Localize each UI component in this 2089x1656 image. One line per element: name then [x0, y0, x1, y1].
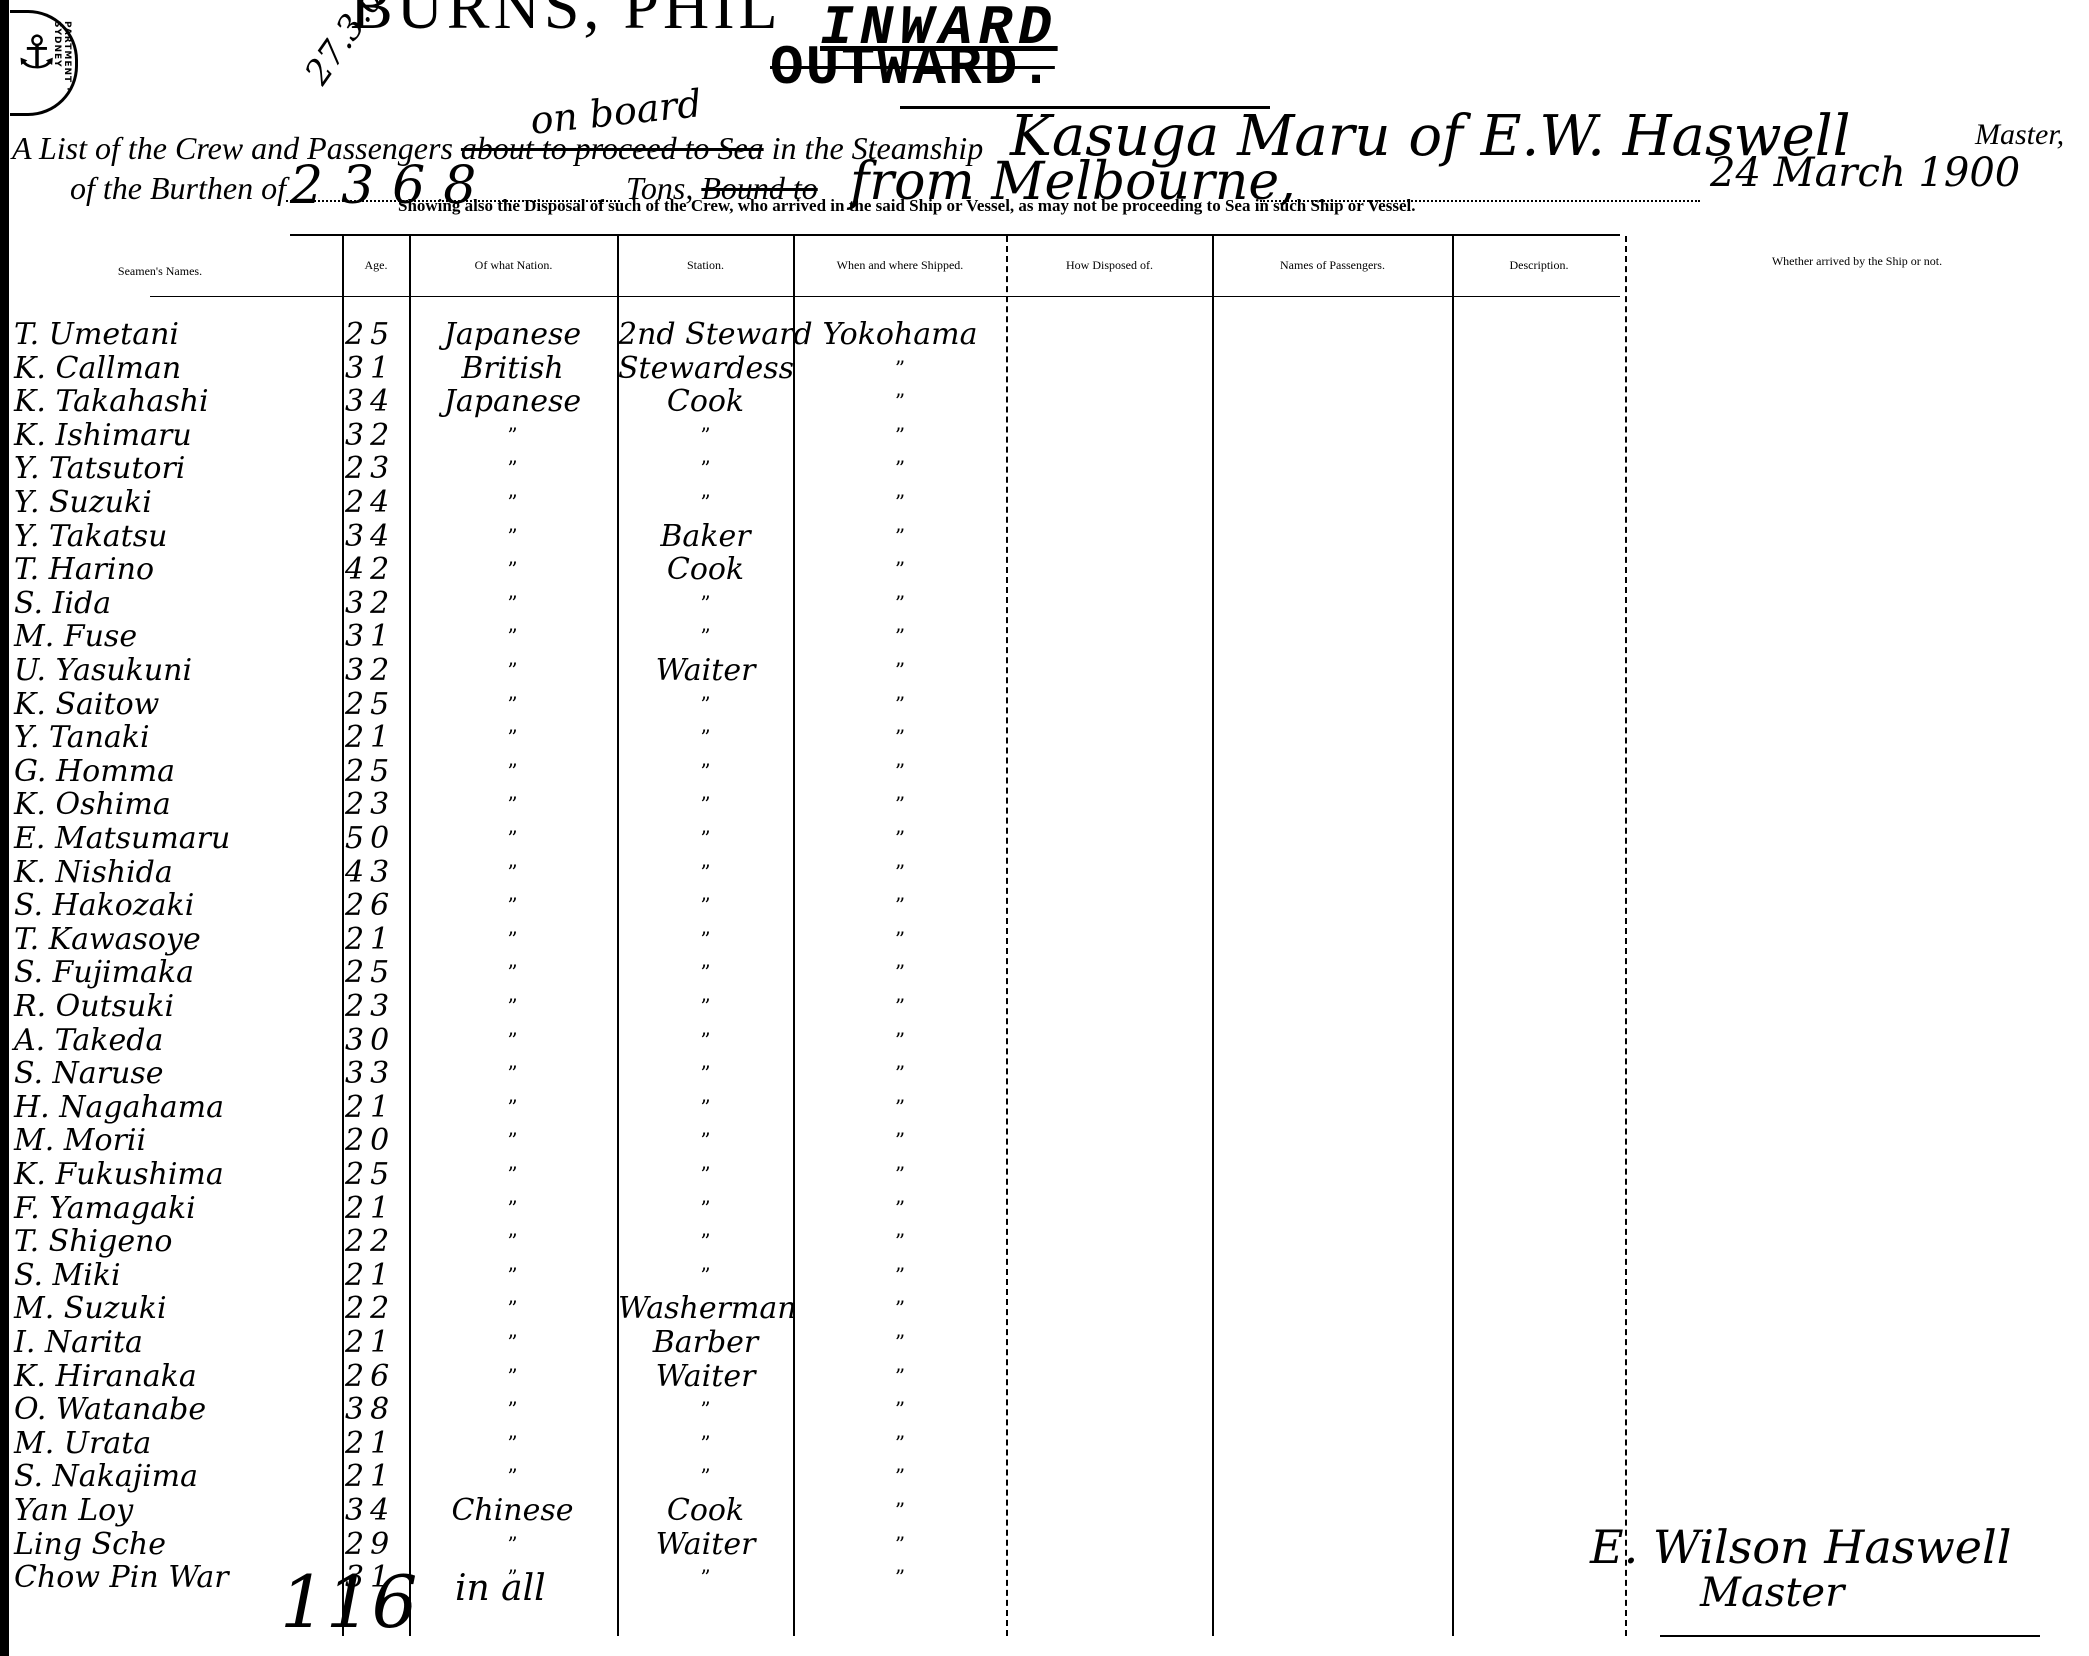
station-value: Waiter: [618, 1528, 793, 1561]
table-row: T. Shigeno22”””: [0, 1225, 2089, 1258]
table-top-rule: [290, 234, 1620, 236]
seaman-name: K. Takahashi: [14, 385, 209, 418]
nation-value: ”: [410, 889, 615, 922]
age-value: 32: [345, 654, 407, 687]
table-row: S. Naruse33”””: [0, 1057, 2089, 1090]
shipped-value: ”: [795, 1158, 1005, 1191]
shipped-value: ”: [795, 788, 1005, 821]
shipped-value: ”: [795, 889, 1005, 922]
cut-off-title: BURNS, PHIL: [350, 0, 782, 44]
seaman-name: T. Kawasoye: [14, 923, 201, 956]
total-count: 116: [280, 1560, 417, 1644]
age-value: 33: [345, 1057, 407, 1090]
shipped-value: ”: [795, 520, 1005, 553]
station-value: ”: [618, 620, 793, 653]
shipped-value: ”: [795, 1494, 1005, 1527]
station-value: ”: [618, 452, 793, 485]
age-value: 42: [345, 553, 407, 586]
age-value: 21: [345, 1326, 407, 1359]
age-value: 24: [345, 486, 407, 519]
age-value: 23: [345, 788, 407, 821]
nation-value: ”: [410, 1225, 615, 1258]
age-value: 25: [345, 688, 407, 721]
table-row: K. Oshima23”””: [0, 788, 2089, 821]
nation-value: ”: [410, 1292, 615, 1325]
col-header-age: Age.: [344, 258, 408, 273]
nation-value: ”: [410, 1460, 615, 1493]
seaman-name: S. Fujimaka: [14, 956, 194, 989]
shipped-value: ”: [795, 587, 1005, 620]
nation-value: ”: [410, 1192, 615, 1225]
table-row: U. Yasukuni32”Waiter”: [0, 654, 2089, 687]
table-row: R. Outsuki23”””: [0, 990, 2089, 1023]
nation-value: ”: [410, 1124, 615, 1157]
station-value: Cook: [618, 385, 793, 418]
nation-value: ”: [410, 419, 615, 452]
table-row: M. Fuse31”””: [0, 620, 2089, 653]
station-value: Washerman: [618, 1292, 793, 1325]
shipped-value: ”: [795, 956, 1005, 989]
station-value: ”: [618, 822, 793, 855]
stamp-text: PARTMENT · SYDNEY: [52, 21, 72, 113]
nation-value: ”: [410, 1326, 615, 1359]
station-value: Cook: [618, 553, 793, 586]
station-value: 2nd Steward: [618, 318, 793, 351]
shipped-value: ”: [795, 385, 1005, 418]
age-value: 22: [345, 1225, 407, 1258]
seaman-name: S. Hakozaki: [14, 889, 194, 922]
station-value: ”: [618, 788, 793, 821]
col-header-nation: Of what Nation.: [411, 258, 616, 273]
seaman-name: Y. Suzuki: [14, 486, 152, 519]
table-row: H. Nagahama21”””: [0, 1091, 2089, 1124]
station-value: ”: [618, 1561, 793, 1594]
seaman-name: K. Hiranaka: [14, 1360, 197, 1393]
station-value: ”: [618, 1393, 793, 1426]
age-value: 32: [345, 587, 407, 620]
shipped-value: ”: [795, 352, 1005, 385]
signature-rule: [1660, 1635, 2040, 1637]
shipped-value: ”: [795, 990, 1005, 1023]
table-row: A. Takeda30”””: [0, 1024, 2089, 1057]
nation-value: ”: [410, 1427, 615, 1460]
nation-value: Japanese: [410, 385, 615, 418]
seaman-name: K. Ishimaru: [14, 419, 192, 452]
shipped-value: ”: [795, 486, 1005, 519]
seaman-name: S. Nakajima: [14, 1460, 198, 1493]
shipped-value: ”: [795, 1225, 1005, 1258]
shipped-value: ”: [795, 688, 1005, 721]
table-row: K. Nishida43”””: [0, 856, 2089, 889]
signature-title: Master: [1700, 1570, 1844, 1616]
table-row: I. Narita21”Barber”: [0, 1326, 2089, 1359]
table-row: S. Fujimaka25”””: [0, 956, 2089, 989]
shipped-value: ”: [795, 1259, 1005, 1292]
master-label: Master,: [1975, 118, 2064, 152]
nation-value: ”: [410, 620, 615, 653]
station-value: Cook: [618, 1494, 793, 1527]
col-header-description: Description.: [1454, 258, 1624, 273]
seaman-name: S. Miki: [14, 1259, 121, 1292]
age-value: 34: [345, 1494, 407, 1527]
seaman-name: T. Harino: [14, 553, 154, 586]
nation-value: ”: [410, 520, 615, 553]
nation-value: ”: [410, 856, 615, 889]
station-value: ”: [618, 1427, 793, 1460]
nation-value: British: [410, 352, 615, 385]
shipped-value: ”: [795, 856, 1005, 889]
station-value: ”: [618, 1024, 793, 1057]
age-value: 21: [345, 923, 407, 956]
table-row: S. Iida32”””: [0, 587, 2089, 620]
seaman-name: O. Watanabe: [14, 1393, 206, 1426]
table-row: O. Watanabe38”””: [0, 1393, 2089, 1426]
station-value: ”: [618, 587, 793, 620]
shipped-value: ”: [795, 822, 1005, 855]
seaman-name: G. Homma: [14, 755, 175, 788]
list-date: 24 March 1900: [1710, 150, 2020, 196]
seaman-name: H. Nagahama: [14, 1091, 224, 1124]
station-value: Waiter: [618, 1360, 793, 1393]
table-row: M. Morii20”””: [0, 1124, 2089, 1157]
table-row: K. Hiranaka26”Waiter”: [0, 1360, 2089, 1393]
shipped-value: ”: [795, 1024, 1005, 1057]
shipped-value: ”: [795, 1292, 1005, 1325]
total-label: in all: [455, 1568, 546, 1609]
seaman-name: E. Matsumaru: [14, 822, 230, 855]
age-value: 26: [345, 889, 407, 922]
seaman-name: Chow Pin War: [14, 1561, 229, 1594]
station-value: ”: [618, 1091, 793, 1124]
nation-value: ”: [410, 688, 615, 721]
station-value: Baker: [618, 520, 793, 553]
shipped-value: ”: [795, 419, 1005, 452]
nation-value: ”: [410, 755, 615, 788]
seaman-name: T. Umetani: [14, 318, 179, 351]
station-value: Barber: [618, 1326, 793, 1359]
age-value: 31: [345, 352, 407, 385]
nation-value: ”: [410, 553, 615, 586]
shipped-value: ”: [795, 654, 1005, 687]
heading-struck-phrase: about to proceed to Sea: [461, 130, 764, 166]
age-value: 34: [345, 520, 407, 553]
seaman-name: S. Iida: [14, 587, 111, 620]
table-row: Y. Tanaki21”””: [0, 721, 2089, 754]
seaman-name: K. Fukushima: [14, 1158, 224, 1191]
shipped-value: ”: [795, 1561, 1005, 1594]
master-signature: E. Wilson Haswell: [1590, 1520, 2011, 1574]
nation-value: ”: [410, 587, 615, 620]
heading-line-1: A List of the Crew and Passengers about …: [12, 130, 983, 167]
age-value: 25: [345, 956, 407, 989]
seaman-name: A. Takeda: [14, 1024, 163, 1057]
col-header-shipped: When and where Shipped.: [795, 258, 1005, 273]
station-value: ”: [618, 486, 793, 519]
station-value: ”: [618, 721, 793, 754]
table-row: M. Urata21”””: [0, 1427, 2089, 1460]
direction-outward-struck: OUTWARD.: [770, 36, 1055, 100]
nation-value: Japanese: [410, 318, 615, 351]
age-value: 23: [345, 452, 407, 485]
table-row: T. Kawasoye21”””: [0, 923, 2089, 956]
station-value: ”: [618, 856, 793, 889]
nation-value: ”: [410, 486, 615, 519]
subheading: Showing also the Disposal of such of the…: [398, 196, 1415, 216]
nation-value: ”: [410, 788, 615, 821]
shipped-value: ”: [795, 1528, 1005, 1561]
shipped-value: ”: [795, 923, 1005, 956]
age-value: 23: [345, 990, 407, 1023]
station-value: Stewardess: [618, 352, 793, 385]
table-row: S. Miki21”””: [0, 1259, 2089, 1292]
age-value: 25: [345, 755, 407, 788]
seaman-name: M. Morii: [14, 1124, 146, 1157]
age-value: 21: [345, 721, 407, 754]
seaman-name: T. Shigeno: [14, 1225, 172, 1258]
seaman-name: Y. Takatsu: [14, 520, 167, 553]
table-row: K. Takahashi34JapaneseCook”: [0, 385, 2089, 418]
table-row: T. Harino42”Cook”: [0, 553, 2089, 586]
age-value: 43: [345, 856, 407, 889]
nation-value: ”: [410, 990, 615, 1023]
shipped-value: ”: [795, 1124, 1005, 1157]
age-value: 21: [345, 1427, 407, 1460]
table-row: K. Ishimaru32”””: [0, 419, 2089, 452]
station-value: Waiter: [618, 654, 793, 687]
station-value: ”: [618, 923, 793, 956]
age-value: 21: [345, 1259, 407, 1292]
age-value: 29: [345, 1528, 407, 1561]
shipped-value: ”: [795, 1393, 1005, 1426]
age-value: 31: [345, 620, 407, 653]
seaman-name: M. Fuse: [14, 620, 137, 653]
seaman-name: Y. Tanaki: [14, 721, 150, 754]
table-row: E. Matsumaru50”””: [0, 822, 2089, 855]
age-value: 20: [345, 1124, 407, 1157]
table-row: Y. Takatsu34”Baker”: [0, 520, 2089, 553]
nation-value: ”: [410, 1259, 615, 1292]
age-value: 34: [345, 385, 407, 418]
shipped-value: ”: [795, 755, 1005, 788]
col-header-names: Seamen's Names.: [40, 264, 280, 279]
col-header-passengers: Names of Passengers.: [1214, 258, 1451, 273]
station-value: ”: [618, 755, 793, 788]
nation-value: ”: [410, 1360, 615, 1393]
nation-value: Chinese: [410, 1494, 615, 1527]
age-value: 30: [345, 1024, 407, 1057]
seaman-name: Y. Tatsutori: [14, 452, 185, 485]
table-row: K. Saitow25”””: [0, 688, 2089, 721]
nation-value: ”: [410, 822, 615, 855]
shipped-value: ”: [795, 620, 1005, 653]
seaman-name: K. Nishida: [14, 856, 173, 889]
station-value: ”: [618, 1460, 793, 1493]
seaman-name: K. Oshima: [14, 788, 171, 821]
station-value: ”: [618, 419, 793, 452]
col-header-station: Station.: [619, 258, 792, 273]
seaman-name: I. Narita: [14, 1326, 143, 1359]
station-value: ”: [618, 1057, 793, 1090]
nation-value: ”: [410, 956, 615, 989]
table-row: G. Homma25”””: [0, 755, 2089, 788]
header-bottom-rule: [150, 296, 1620, 297]
nation-value: ”: [410, 1528, 615, 1561]
shipped-value: ”: [795, 1427, 1005, 1460]
shipped-value: ”: [795, 1360, 1005, 1393]
nation-value: ”: [410, 923, 615, 956]
age-value: 38: [345, 1393, 407, 1426]
station-value: ”: [618, 1225, 793, 1258]
seaman-name: Yan Loy: [14, 1494, 133, 1527]
seaman-name: S. Naruse: [14, 1057, 164, 1090]
station-value: ”: [618, 688, 793, 721]
shipped-value: ”: [795, 553, 1005, 586]
seaman-name: U. Yasukuni: [14, 654, 192, 687]
nation-value: ”: [410, 654, 615, 687]
table-row: F. Yamagaki21”””: [0, 1192, 2089, 1225]
nation-value: ”: [410, 452, 615, 485]
nation-value: ”: [410, 1024, 615, 1057]
shipped-value: ”: [795, 1057, 1005, 1090]
shipped-value: ”: [795, 1192, 1005, 1225]
nation-value: ”: [410, 721, 615, 754]
seaman-name: K. Callman: [14, 352, 181, 385]
shipped-value: Yokohama: [795, 318, 1005, 351]
age-value: 21: [345, 1192, 407, 1225]
seaman-name: F. Yamagaki: [14, 1192, 196, 1225]
station-value: ”: [618, 956, 793, 989]
station-value: ”: [618, 1158, 793, 1191]
age-value: 26: [345, 1360, 407, 1393]
shipped-value: ”: [795, 1091, 1005, 1124]
col-header-disposed: How Disposed of.: [1008, 258, 1211, 273]
nation-value: ”: [410, 1057, 615, 1090]
department-stamp: ⚓ PARTMENT · SYDNEY: [10, 10, 78, 116]
station-value: ”: [618, 1259, 793, 1292]
table-row: M. Suzuki22”Washerman”: [0, 1292, 2089, 1325]
age-value: 25: [345, 1158, 407, 1191]
station-value: ”: [618, 1124, 793, 1157]
seaman-name: K. Saitow: [14, 688, 159, 721]
table-row: Y. Suzuki24”””: [0, 486, 2089, 519]
shipped-value: ”: [795, 1460, 1005, 1493]
age-value: 21: [345, 1091, 407, 1124]
station-value: ”: [618, 889, 793, 922]
age-value: 32: [345, 419, 407, 452]
heading-line-2: of the Burthen of: [70, 170, 286, 207]
age-value: 25: [345, 318, 407, 351]
seaman-name: R. Outsuki: [14, 990, 174, 1023]
seaman-name: M. Urata: [14, 1427, 151, 1460]
shipped-value: ”: [795, 452, 1005, 485]
table-row: K. Callman31BritishStewardess”: [0, 352, 2089, 385]
table-row: K. Fukushima25”””: [0, 1158, 2089, 1191]
seaman-name: Ling Sche: [14, 1528, 166, 1561]
table-row: S. Hakozaki26”””: [0, 889, 2089, 922]
col-header-arrived: Whether arrived by the Ship or not.: [1627, 254, 2087, 269]
station-value: ”: [618, 1192, 793, 1225]
table-row: S. Nakajima21”””: [0, 1460, 2089, 1493]
table-row: T. Umetani25Japanese2nd StewardYokohama: [0, 318, 2089, 351]
age-value: 21: [345, 1460, 407, 1493]
shipped-value: ”: [795, 721, 1005, 754]
nation-value: ”: [410, 1158, 615, 1191]
nation-value: ”: [410, 1393, 615, 1426]
age-value: 50: [345, 822, 407, 855]
station-value: ”: [618, 990, 793, 1023]
shipped-value: ”: [795, 1326, 1005, 1359]
table-row: Y. Tatsutori23”””: [0, 452, 2089, 485]
nation-value: ”: [410, 1091, 615, 1124]
seaman-name: M. Suzuki: [14, 1292, 167, 1325]
age-value: 22: [345, 1292, 407, 1325]
